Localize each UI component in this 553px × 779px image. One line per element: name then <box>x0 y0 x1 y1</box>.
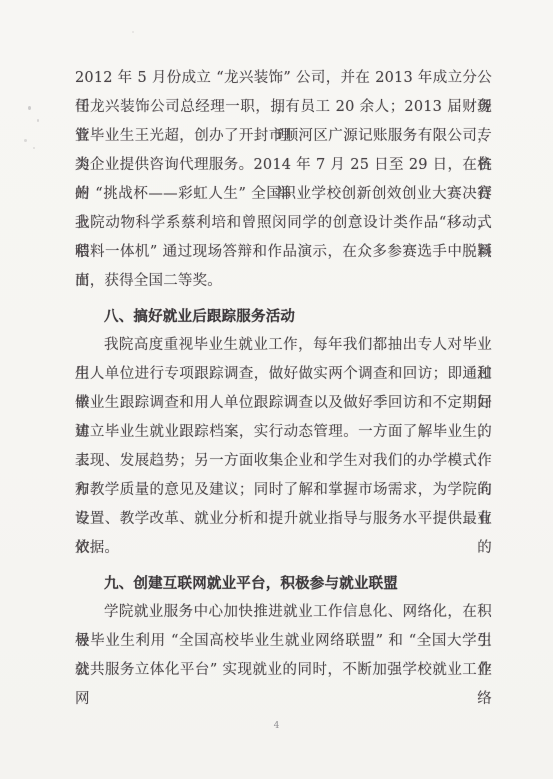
text-line: 表现、发展趋势；另一方面收集企业和学生对我们的办学模式、方向 <box>75 447 492 476</box>
section-heading-8: 八、搞好就业后跟踪服务活动 <box>75 302 492 331</box>
text-line: 出，获得全国二等奖。 <box>75 267 492 296</box>
text-line: 我院高度重视毕业生就业工作，每年我们都抽出专人对毕业生和 <box>75 331 492 360</box>
text-line: 我院动物科学系蔡利培和曾照闵同学的创意设计类作品“移动式秸料 <box>75 209 492 238</box>
text-line: 任龙兴装饰公司总经理一职，拥有员工 20 余人；2013 届财务管理专 <box>75 93 492 122</box>
scan-speckle <box>28 106 31 110</box>
page-number: 4 <box>0 721 553 731</box>
document-text-block: 2012 年 5 月份成立 “龙兴装饰” 公司，并在 2013 年成立分公司，现… <box>75 64 492 685</box>
text-line: 学院就业服务中心加快推进就业工作信息化、网络化，在积极引 <box>75 598 492 627</box>
text-line: 2012 年 5 月份成立 “龙兴装饰” 公司，并在 2013 年成立分公司，现 <box>75 64 492 93</box>
text-line: 和教学质量的意见及建议；同时了解和掌握市场需求，为学院的专业 <box>75 476 492 505</box>
text-line: 用人单位进行专项跟踪调查，做好做实两个调查和回访；即通过做好 <box>75 360 492 389</box>
section-heading-9: 九、创建互联网就业平台，积极参与就业联盟 <box>75 569 492 598</box>
text-line: 业毕业生王光超，创办了开封市顺河区广源记账服务有限公司，为各 <box>75 122 492 151</box>
text-line: 毕业生跟踪调查和用人单位跟踪调查以及做好季回访和不定期回访， <box>75 389 492 418</box>
scan-speckle <box>33 147 35 149</box>
text-line: 设置、教学改革、就业分析和提升就业指导与服务水平提供最有效的 <box>75 505 492 534</box>
text-line: 建立毕业生就业跟踪档案，实行动态管理。一方面了解毕业生的工作 <box>75 418 492 447</box>
text-line: 公共服务立体化平台” 实现就业的同时，不断加强学校就业工作网络 <box>75 656 492 685</box>
text-line: 喂料一体机” 通过现场答辩和作品演示，在众多参赛选手中脱颖而 <box>75 238 492 267</box>
scan-speckle <box>132 31 134 33</box>
text-line: 导毕业生利用 “全国高校毕业生就业网络联盟” 和 “全国大学生就业 <box>75 627 492 656</box>
text-line: 的 “挑战杯——彩虹人生” 全国职业学校创新创效创业大赛决赛上， <box>75 180 492 209</box>
scan-speckle <box>37 119 39 122</box>
scanned-document-page: 2012 年 5 月份成立 “龙兴装饰” 公司，并在 2013 年成立分公司，现… <box>0 0 553 779</box>
text-line: 类企业提供咨询代理服务。2014 年 7 月 25 日至 29 日，在杭州举行 <box>75 151 492 180</box>
scan-speckle <box>24 139 27 142</box>
